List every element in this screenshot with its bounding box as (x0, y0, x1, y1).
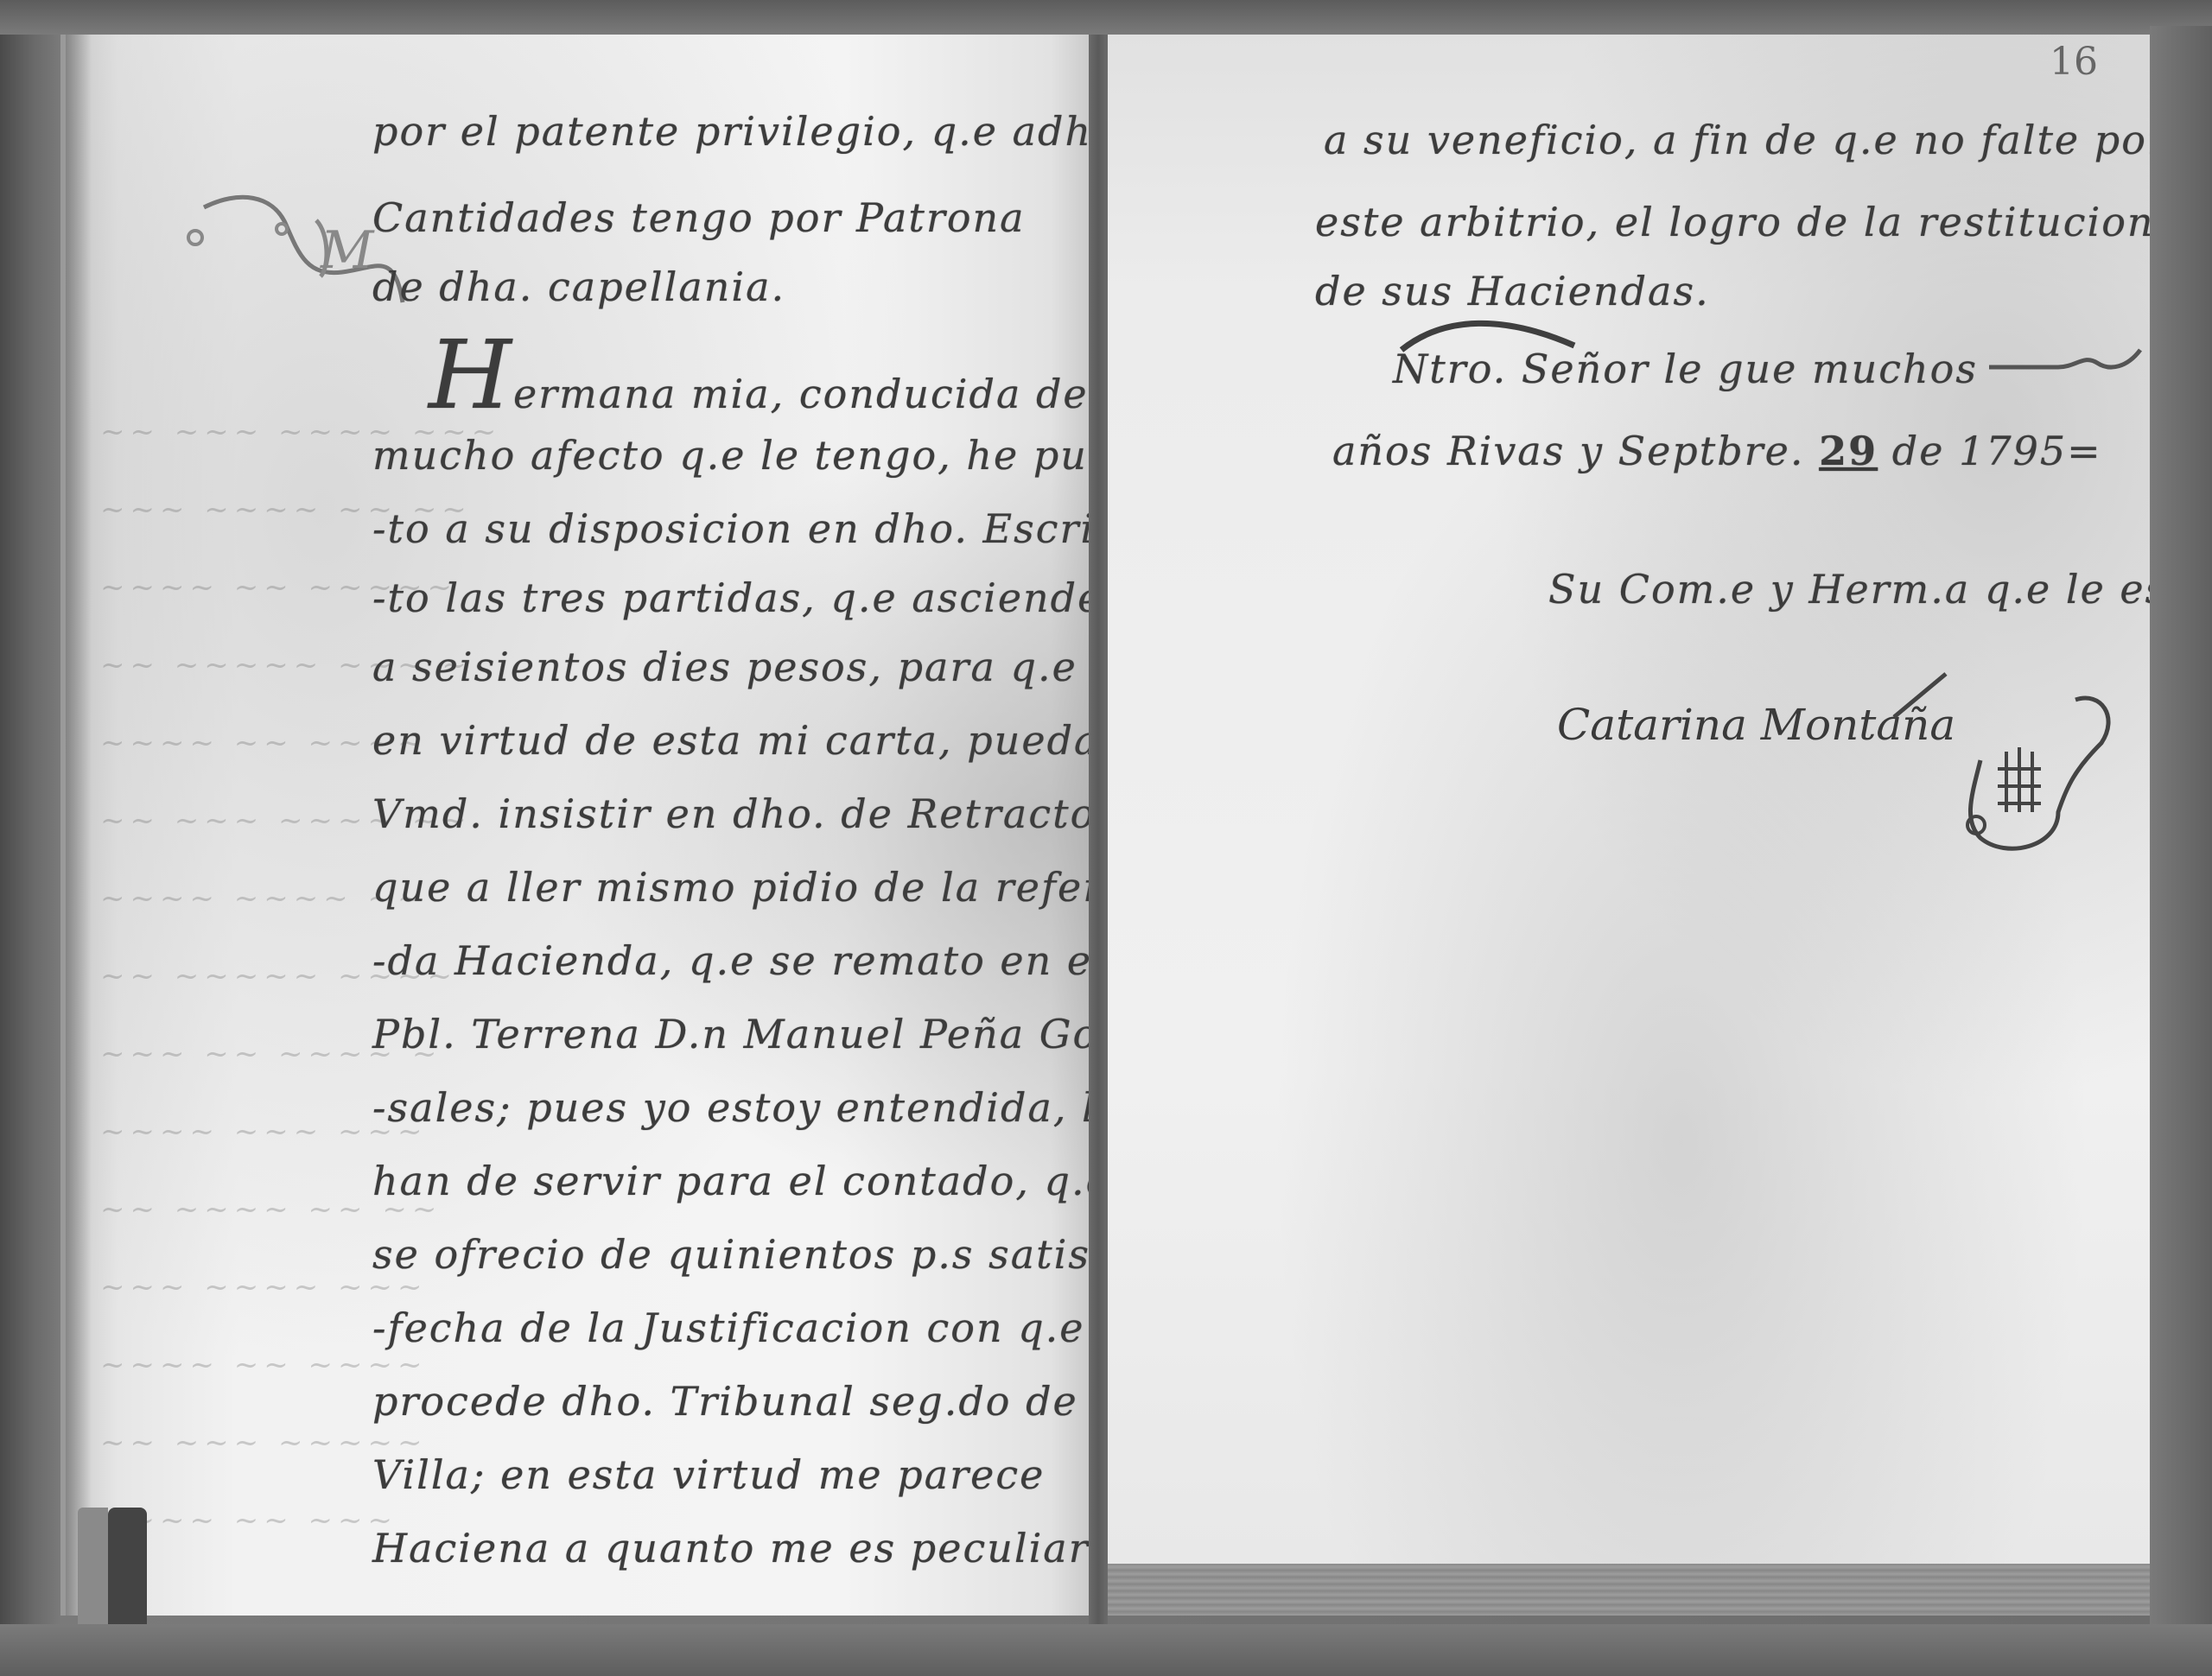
text-line: este arbitrio, el logro de la restitucio… (1315, 199, 2150, 245)
text-line: de sus Haciendas. (1315, 268, 1710, 314)
text-line: -da Hacienda, q.e se remato en el (372, 937, 1094, 984)
manuscript-scan: ~~ ~~~ ~~~~ ~~~ ~~~ ~~~~ ~~ ~~ ~~~~ ~~ ~… (0, 0, 2212, 1676)
text-line: a seisientos dies pesos, para q.e (372, 644, 1077, 690)
text-line: por el patente privilegio, q.e adhas (372, 108, 1094, 155)
text-line: -fecha de la Justificacion con q.e (372, 1305, 1084, 1351)
binding-tab-dark (108, 1508, 147, 1637)
right-page: 16 a su veneficio, a fin de q.e no falte… (1108, 35, 2150, 1616)
text-segment: de 1795= (1892, 428, 2102, 474)
text-line: han de servir para el contado, q.e (372, 1158, 1094, 1204)
closing-line: Su Com.e y Herm.a q.e le estima (1548, 566, 2150, 613)
book-gutter (1089, 35, 1108, 1641)
text-line: años Rivas y Septbre. 29 de 1795= (1332, 428, 2102, 474)
signature: Catarina Montaña (1557, 700, 1955, 750)
left-page: ~~ ~~~ ~~~~ ~~~ ~~~ ~~~~ ~~ ~~ ~~~~ ~~ ~… (60, 35, 1094, 1616)
date-day: 29 (1819, 428, 1878, 474)
text-line: Cantidades tengo por Patrona (372, 194, 1026, 241)
page-number: 16 (2050, 40, 2098, 84)
text-line: Ntro. Señor le gue muchos (1393, 346, 1978, 392)
text-line: en virtud de esta mi carta, pueda (372, 717, 1094, 764)
bleed-through-text: ~~~~ ~~ ~~~~ (100, 1348, 428, 1382)
text-line: procede dho. Tribunal seg.do de esta (372, 1378, 1094, 1425)
text-segment: años Rivas y Septbre. (1332, 428, 1805, 474)
text-line: Vmd. insistir en dho. de Retracto, y (372, 790, 1094, 837)
page-edge-shadow (66, 35, 92, 1616)
text-line: -to las tres partidas, q.e ascienden (372, 575, 1094, 621)
text-line: Pbl. Terrena D.n Manuel Peña Gon- (372, 1011, 1094, 1057)
text-line: Hermana mia, conducida del (429, 320, 1094, 430)
bottom-border (0, 1624, 2212, 1676)
text-line: Villa; en esta virtud me parece (372, 1451, 1045, 1498)
text-line: Haciena a quanto me es peculiar- (372, 1525, 1094, 1571)
top-border (0, 0, 2212, 35)
text-line: -sales; pues yo estoy entendida, le (372, 1084, 1094, 1131)
text-line: -to a su disposicion en dho. Escri- (372, 505, 1094, 552)
right-border (2150, 26, 2212, 1650)
text-line: se ofrecio de quinientos p.s satis- (372, 1231, 1094, 1278)
text-line: mucho afecto q.e le tengo, he pues- (372, 432, 1094, 479)
signature-rubric-icon (1859, 665, 2127, 864)
text-line: de dha. capellania. (372, 263, 785, 310)
page-stack-edge (1108, 1564, 2150, 1616)
svg-text:M: M (320, 220, 375, 281)
line-filler-flourish-icon (1989, 341, 2145, 384)
text-line: a su veneficio, a fin de q.e no falte po… (1324, 117, 2150, 163)
text-line: que a ller mismo pidio de la refer- (372, 864, 1094, 911)
binding-tab (78, 1508, 108, 1637)
